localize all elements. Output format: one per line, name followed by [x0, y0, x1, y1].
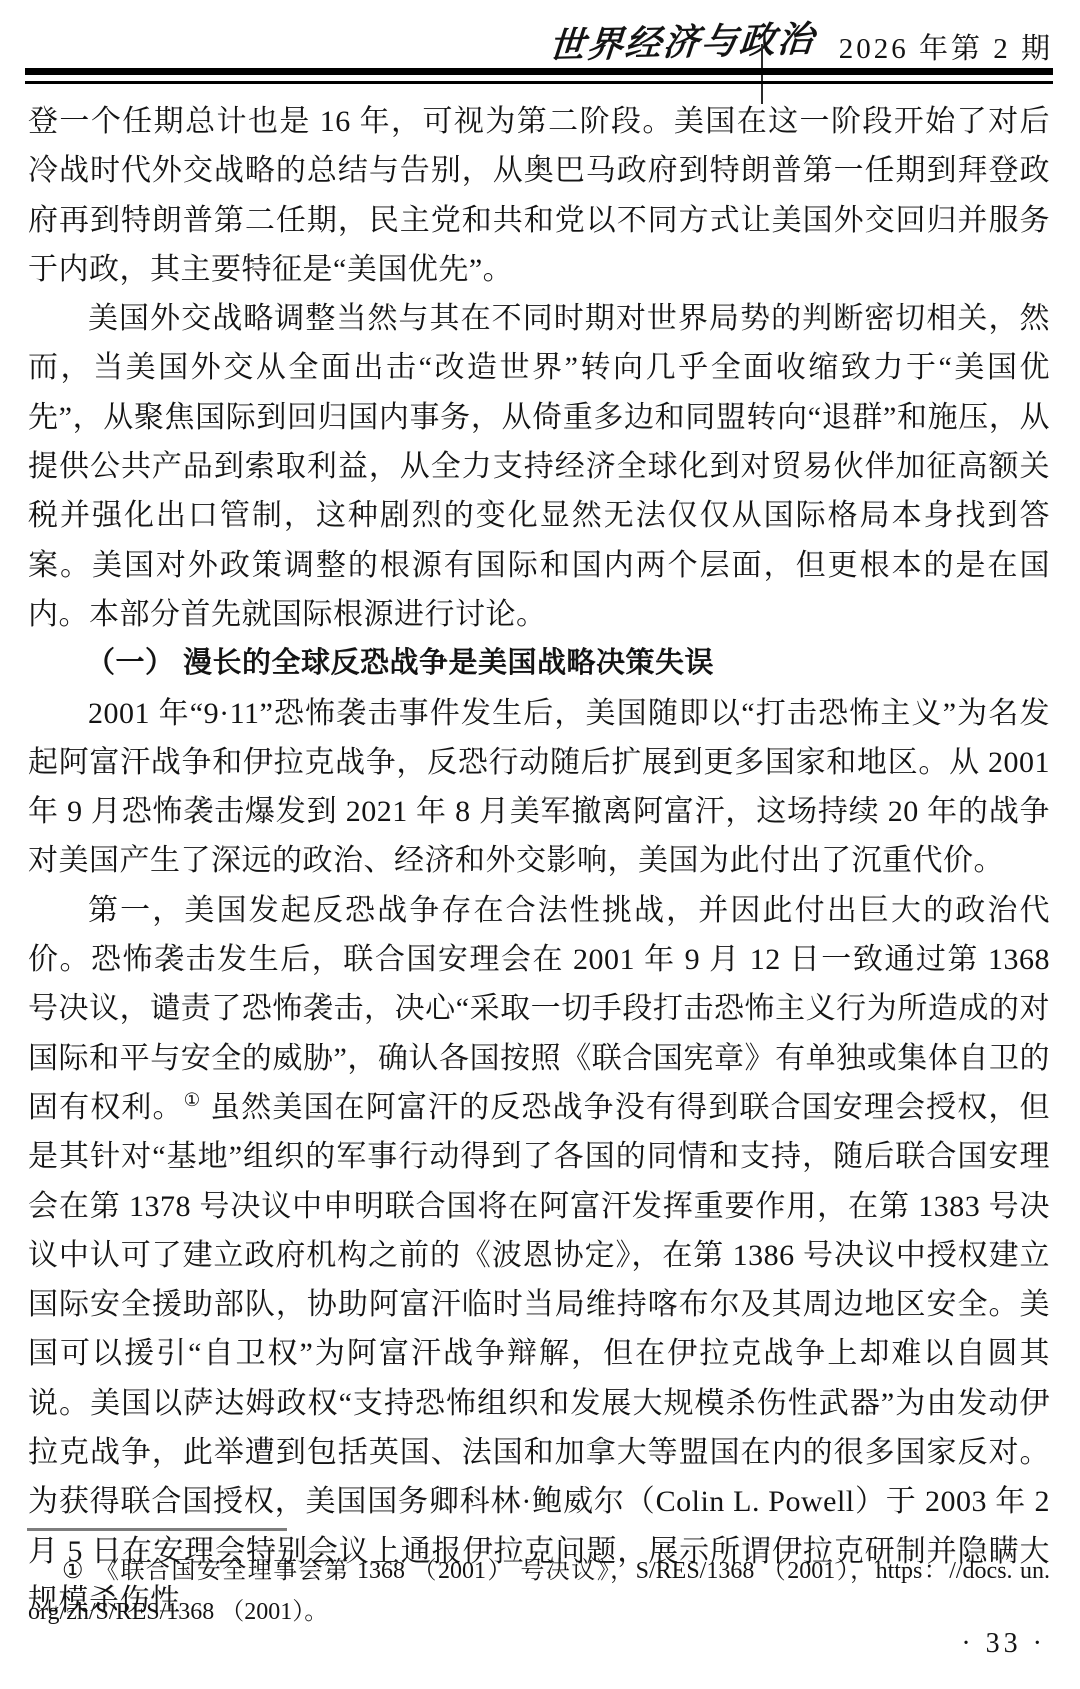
- paragraph-legitimacy: 第一，美国发起反恐战争存在合法性挑战，并因此付出巨大的政治代价。恐怖袭击发生后，…: [28, 886, 1050, 1625]
- footnote-block: ①《联合国安全理事会第 1368 （2001） 号决议》，S/RES/1368 …: [28, 1551, 1050, 1633]
- footnote-marker: ①: [62, 1558, 85, 1584]
- footnote-reference-marker: ①: [184, 1090, 202, 1111]
- header-rule-thin: [25, 81, 1053, 84]
- header-rule-thick: [25, 68, 1053, 75]
- section-heading: （一） 漫长的全球反恐战争是美国战略决策失误: [28, 639, 1050, 688]
- footnote-entry: ①《联合国安全理事会第 1368 （2001） 号决议》，S/RES/1368 …: [28, 1551, 1050, 1633]
- footnote-text: 《联合国安全理事会第 1368 （2001） 号决议》，S/RES/1368 （…: [28, 1558, 1050, 1625]
- paragraph-continuation: 登一个任期总计也是 16 年，可视为第二阶段。美国在这一阶段开始了对后冷战时代外…: [28, 97, 1050, 294]
- journal-title-calligraphy: 世界经济与政治: [547, 11, 818, 69]
- paragraph-911-wars: 2001 年“9·11”恐怖袭击事件发生后，美国随即以“打击恐怖主义”为名发起阿…: [28, 689, 1050, 886]
- paragraph-legitimacy-text-after-note: 虽然美国在阿富汗的反恐战争没有得到联合国安理会授权，但是其针对“基地”组织的军事…: [28, 1091, 1050, 1617]
- issue-label: 2026 年第 2 期: [839, 26, 1053, 67]
- article-body: 登一个任期总计也是 16 年，可视为第二阶段。美国在这一阶段开始了对后冷战时代外…: [28, 97, 1050, 1625]
- paragraph-strategy-shift: 美国外交战略调整当然与其在不同时期对世界局势的判断密切相关，然而，当美国外交从全…: [28, 294, 1050, 639]
- page-header: 世界经济与政治 2026 年第 2 期: [25, 18, 1053, 69]
- journal-page: 世界经济与政治 2026 年第 2 期 登一个任期总计也是 16 年，可视为第二…: [0, 0, 1080, 1689]
- footnote-separator-rule: [27, 1528, 287, 1531]
- paragraph-legitimacy-text-before-note: 第一，美国发起反恐战争存在合法性挑战，并因此付出巨大的政治代价。恐怖袭击发生后，…: [28, 894, 1050, 1124]
- page-number: · 33 ·: [961, 1628, 1046, 1660]
